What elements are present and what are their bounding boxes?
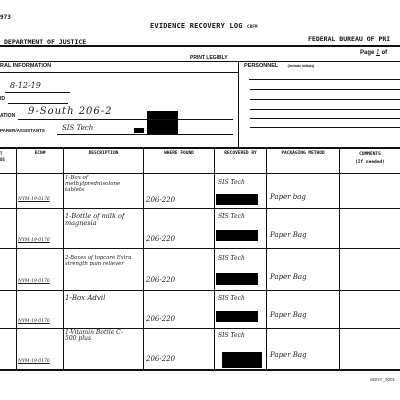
packaging-cell: Paper Bag [270, 312, 307, 319]
personnel-line-2 [250, 89, 400, 90]
general-info-rule [0, 72, 238, 73]
table-top-rule [0, 147, 400, 149]
recovered-by-cell: SIS Tech [218, 256, 245, 262]
table-header-rule [0, 173, 400, 174]
personnel-label: PERSONNEL [244, 63, 278, 69]
section-rule [0, 61, 400, 62]
row-divider-4 [0, 328, 400, 329]
preparer-underline [57, 134, 233, 135]
preparer-label: PARER/ASSISTANTS [0, 128, 45, 133]
form-number: 973 [0, 14, 11, 21]
description-cell: 1-Box Advil [65, 294, 115, 304]
redaction-block [147, 111, 178, 135]
where-found-cell: 206-220 [146, 316, 175, 323]
recovered-by-cell: SIS Tech [218, 333, 245, 339]
personnel-line-3 [250, 99, 400, 100]
location-label: ATION [0, 113, 15, 119]
personnel-title: PERSONNEL (include initials) [244, 63, 314, 69]
redaction-block [222, 352, 262, 368]
redaction-mark [134, 128, 144, 133]
personnel-line-4 [250, 109, 400, 110]
description-cell: 1-Vitamin Bottle C-500 plus [65, 330, 125, 343]
redaction-block [216, 230, 258, 241]
page-of: of [382, 50, 388, 56]
document-title: EVIDENCE RECOVERY LOG CDFM [150, 22, 258, 30]
packaging-cell: Paper bag [270, 194, 306, 201]
redaction-block [216, 311, 258, 322]
description-cell: 1-Bottle of milk of magnesia [65, 213, 141, 227]
col-header-packaging: PACKAGING METHOD [267, 151, 339, 156]
col-divider-5 [266, 148, 267, 370]
id-underline [8, 103, 68, 104]
ecn-cell: NYM-19-0176 [18, 198, 50, 203]
col-divider-3 [143, 148, 144, 370]
page-number: 1 [376, 49, 380, 56]
ecn-cell: NYM-19-0176 [18, 320, 50, 325]
title-suffix: CDFM [247, 24, 257, 29]
description-cell: 2-Boxes of topcare Extra strength pain r… [65, 256, 143, 267]
id-label: ID [0, 96, 5, 102]
row-divider-3 [0, 290, 400, 291]
location-field: 9-South 206-2 [28, 106, 113, 117]
col-header-item: T OS [0, 151, 16, 163]
recovered-by-cell: SIS Tech [218, 214, 245, 220]
recovered-by-cell: SIS Tech [218, 296, 245, 302]
location-underline [18, 119, 233, 120]
packaging-cell: Paper Bag [270, 274, 307, 281]
col-header-comments: COMMENTS (If needed) [340, 151, 400, 167]
page-indicator: Page 1 of [360, 49, 387, 56]
date-field: 8-12-19 [10, 81, 41, 90]
table-bottom-rule [0, 369, 400, 371]
col-header-description: DESCRIPTION [64, 151, 143, 156]
general-info-title: RAL INFORMATION [0, 63, 51, 69]
description-cell: 1-Box of methylprednisolone tablets [65, 176, 141, 193]
preparer-field: SIS Tech [62, 124, 93, 132]
col-divider-4 [214, 148, 215, 370]
col-divider-1 [16, 148, 17, 370]
header-rule [0, 45, 400, 47]
right-agency: FEDERAL BUREAU OF PRI [308, 35, 390, 43]
personnel-note: (include initials) [288, 64, 315, 68]
col-header-ecn: ECN# [17, 151, 63, 156]
where-found-cell: 206-220 [146, 277, 175, 284]
col-divider-2 [63, 148, 64, 370]
personnel-line-5 [250, 118, 400, 119]
col-divider-6 [339, 148, 340, 370]
ecn-cell: NYM-19-0176 [18, 360, 50, 365]
packaging-cell: Paper Bag [270, 232, 307, 239]
where-found-cell: 206-220 [146, 236, 175, 243]
title-text: EVIDENCE RECOVERY LOG [150, 22, 243, 30]
col-header-recovered-by: RECOVERED BY [215, 151, 266, 156]
where-found-cell: 206-220 [146, 356, 175, 363]
personnel-line-6 [250, 127, 400, 128]
where-found-cell: 206-220 [146, 197, 175, 204]
packaging-cell: Paper Bag [270, 352, 307, 359]
ecn-cell: NYM-19-0176 [18, 239, 50, 244]
recovered-by-cell: SIS Tech [218, 180, 245, 186]
section-divider [238, 61, 239, 147]
row-divider-2 [0, 248, 400, 249]
ecn-cell: NYM-19-0176 [18, 280, 50, 285]
page-label: Page [360, 50, 374, 56]
date-underline [5, 92, 70, 93]
personnel-line-1 [249, 79, 400, 80]
redaction-block [216, 273, 258, 285]
col-header-where-found: WHERE FOUND [144, 151, 214, 156]
bates-number: SDNY_0001 [370, 377, 395, 382]
row-divider-1 [0, 208, 400, 209]
redaction-block [216, 194, 258, 205]
